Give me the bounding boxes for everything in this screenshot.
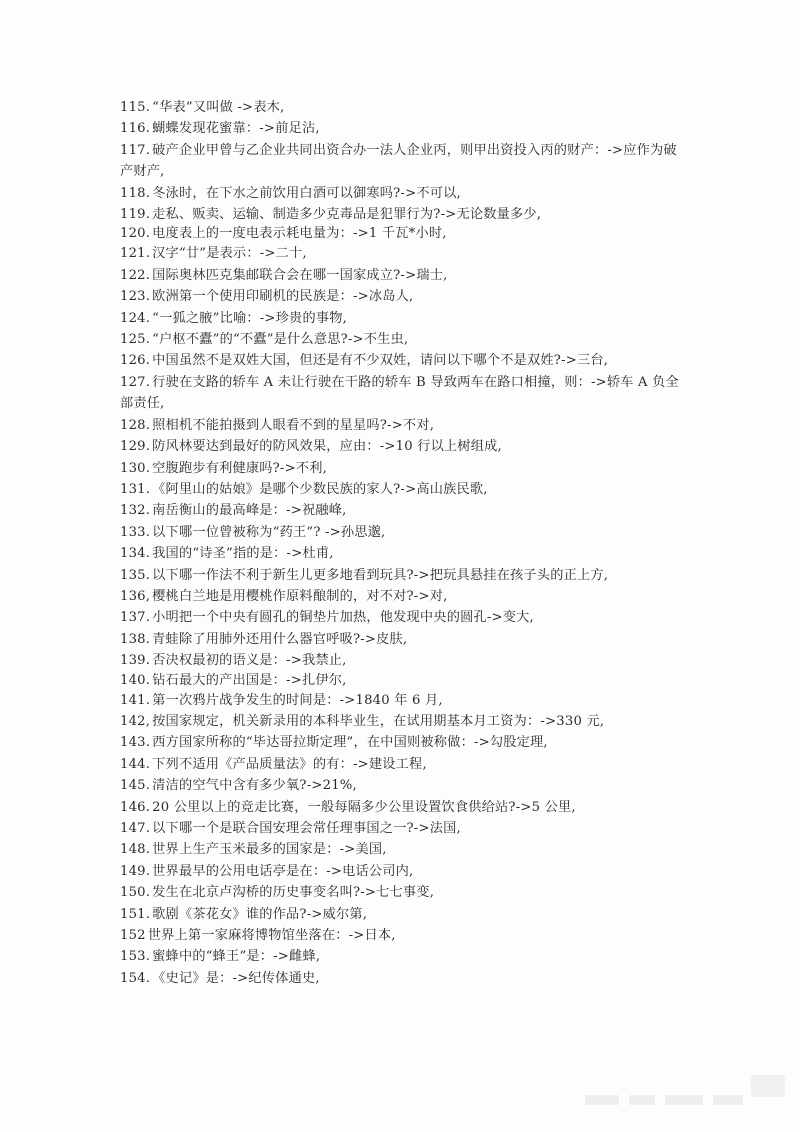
item-text: 汉字“廿”是表示：->二十, <box>152 246 307 261</box>
qa-item: 118.冬泳时，在下水之前饮用白酒可以御寒吗?->不可以, <box>120 183 690 204</box>
item-text: 20 公里以上的竞走比赛，一般每隔多少公里设置饮食供给站?->5 公里, <box>152 800 576 815</box>
item-text: 以下哪一作法不利于新生儿更多地看到玩具?->把玩具悬挂在孩子头的正上方, <box>152 568 608 583</box>
qa-item: 126.中国虽然不是双姓大国，但还是有不少双姓，请问以下哪个不是双姓?->三台, <box>120 350 690 371</box>
item-text: “一狐之腋”比喻：->珍贵的事物, <box>152 311 347 326</box>
item-number: 136, <box>120 589 150 604</box>
item-number: 152 <box>120 928 146 943</box>
item-text: 照相机不能拍摄到人眼看不到的星星吗?->不对, <box>152 418 434 433</box>
watermark-text-block <box>585 1095 619 1105</box>
item-number: 142, <box>120 714 150 729</box>
qa-item: 135.以下哪一作法不利于新生儿更多地看到玩具?->把玩具悬挂在孩子头的正上方, <box>120 565 690 586</box>
item-text: 南岳衡山的最高峰是：->祝融峰, <box>152 503 346 518</box>
qa-item: 130.空腹跑步有利健康吗?->不利, <box>120 458 690 479</box>
item-text: “户枢不蠹”的“不蠹”是什么意思?->不生虫, <box>152 332 408 347</box>
item-number: 144. <box>120 757 150 772</box>
item-number: 143. <box>120 735 150 750</box>
qa-item: 127.行驶在支路的轿车 A 未让行驶在干路的轿车 B 导致两车在路口相撞，则：… <box>120 372 690 415</box>
item-text: 防风林要达到最好的防风效果，应由：->10 行以上树组成, <box>152 439 502 454</box>
item-number: 151. <box>120 907 150 922</box>
qa-item: 143.西方国家所称的“毕达哥拉斯定理”，在中国则被称做：->勾股定理, <box>120 732 690 753</box>
item-number: 123. <box>120 289 150 304</box>
item-number: 126. <box>120 353 150 368</box>
item-number: 127. <box>120 375 150 390</box>
item-text: 世界上第一家麻将博物馆坐落在：->日本, <box>148 928 396 943</box>
item-text: 行驶在支路的轿车 A 未让行驶在干路的轿车 B 导致两车在路口相撞，则：->轿车… <box>120 375 679 411</box>
watermark <box>585 1085 785 1115</box>
item-number: 117. <box>120 143 150 158</box>
item-number: 122. <box>120 268 150 283</box>
item-number: 153. <box>120 949 150 964</box>
qa-item: 117.破产企业甲曾与乙企业共同出资合办一法人企业丙，则甲出资投入丙的财产：->… <box>120 140 690 183</box>
item-text: 中国虽然不是双姓大国，但还是有不少双姓，请问以下哪个不是双姓?->三台, <box>152 353 608 368</box>
item-number: 137. <box>120 610 150 625</box>
item-number: 154. <box>120 971 150 986</box>
item-text: 空腹跑步有利健康吗?->不利, <box>152 461 327 476</box>
item-number: 116. <box>120 121 150 136</box>
item-number: 149. <box>120 864 150 879</box>
item-number: 135. <box>120 568 150 583</box>
qa-item: 136,樱桃白兰地是用樱桃作原料酿制的，对不对?->对, <box>120 586 690 607</box>
qa-item: 122.国际奥林匹克集邮联合会在哪一国家成立?->瑞士, <box>120 265 690 286</box>
item-number: 148. <box>120 842 150 857</box>
qa-item: 123.欧洲第一个使用印刷机的民族是：->冰岛人, <box>120 286 690 307</box>
qa-item: 121.汉字“廿”是表示：->二十, <box>120 243 690 264</box>
item-text: 樱桃白兰地是用樱桃作原料酿制的，对不对?->对, <box>152 589 447 604</box>
item-number: 115. <box>120 100 150 115</box>
qa-item: 153.蜜蜂中的“蜂王”是：->雌蜂, <box>120 946 690 967</box>
item-number: 125. <box>120 332 150 347</box>
qa-item: 119.走私、贩卖、运输、制造多少克毒品是犯罪行为?->无论数量多少, <box>120 204 690 225</box>
qa-item: 129.防风林要达到最好的防风效果，应由：->10 行以上树组成, <box>120 436 690 457</box>
item-text: 走私、贩卖、运输、制造多少克毒品是犯罪行为?->无论数量多少, <box>152 207 541 222</box>
item-number: 124. <box>120 311 150 326</box>
item-text: 西方国家所称的“毕达哥拉斯定理”，在中国则被称做：->勾股定理, <box>152 735 548 750</box>
item-text: 《阿里山的姑娘》是哪个少数民族的家人?->高山族民歌, <box>152 482 487 497</box>
item-text: 《史记》是：->纪传体通史, <box>152 971 320 986</box>
watermark-text-block <box>629 1095 655 1105</box>
qa-item: 144.下列不适用《产品质量法》的有：->建设工程, <box>120 754 690 775</box>
qa-item: 134.我国的“诗圣”指的是：->杜甫, <box>120 543 690 564</box>
item-text: 电度表上的一度电表示耗电量为：->1 千瓦*小时, <box>152 226 446 241</box>
item-number: 129. <box>120 439 150 454</box>
qa-item: 145.清洁的空气中含有多少氧?->21%, <box>120 775 690 796</box>
qa-item: 148.世界上生产玉米最多的国家是：->美国, <box>120 839 690 860</box>
qa-item: 138.青蛙除了用肺外还用什么器官呼吸?->皮肤, <box>120 629 690 650</box>
item-text: 以下哪一个是联合国安理会常任理事国之一?->法国, <box>152 821 461 836</box>
watermark-text-block <box>665 1095 703 1105</box>
item-text: 青蛙除了用肺外还用什么器官呼吸?->皮肤, <box>152 632 407 647</box>
item-number: 133. <box>120 525 150 540</box>
qa-item: 124.“一狐之腋”比喻：->珍贵的事物, <box>120 308 690 329</box>
item-text: 否决权最初的语义是：->我禁止, <box>152 653 346 668</box>
watermark-logo-icon <box>751 1075 785 1097</box>
qa-item: 125.“户枢不蠹”的“不蠹”是什么意思?->不生虫, <box>120 329 690 350</box>
item-text: 发生在北京卢沟桥的历史事变名叫?->七七事变, <box>152 885 434 900</box>
item-text: 清洁的空气中含有多少氧?->21%, <box>152 778 357 793</box>
item-text: 蜜蜂中的“蜂王”是：->雌蜂, <box>152 949 320 964</box>
item-text: 按国家规定，机关新录用的本科毕业生，在试用期基本月工资为：->330 元, <box>152 714 604 729</box>
qa-item: 131.《阿里山的姑娘》是哪个少数民族的家人?->高山族民歌, <box>120 479 690 500</box>
item-text: 破产企业甲曾与乙企业共同出资合办一法人企业丙，则甲出资投入丙的财产：->应作为破… <box>120 143 677 179</box>
qa-item: 142,按国家规定，机关新录用的本科毕业生，在试用期基本月工资为：->330 元… <box>120 711 690 732</box>
item-number: 120. <box>120 226 150 241</box>
watermark-text-block <box>713 1095 743 1105</box>
item-number: 130. <box>120 461 150 476</box>
qa-item: 116.蝴蝶发现花蜜靠：->前足沾, <box>120 118 690 139</box>
item-number: 145. <box>120 778 150 793</box>
qa-list: 115.“华表”又叫做 ->表木, 116.蝴蝶发现花蜜靠：->前足沾, 117… <box>120 97 690 989</box>
item-text: 以下哪一位曾被称为“药王”? ->孙思邈, <box>152 525 385 540</box>
item-text: 冬泳时，在下水之前饮用白酒可以御寒吗?->不可以, <box>152 186 461 201</box>
item-number: 141. <box>120 693 150 708</box>
item-text: 小明把一个中央有圆孔的铜垫片加热，他发现中央的圆孔->变大, <box>152 610 534 625</box>
item-text: 蝴蝶发现花蜜靠：->前足沾, <box>152 121 320 136</box>
qa-item: 151.歌剧《茶花女》谁的作品?->威尔第, <box>120 904 690 925</box>
item-text: 第一次鸦片战争发生的时间是：->1840 年 6 月, <box>152 693 443 708</box>
item-text: 下列不适用《产品质量法》的有：->建设工程, <box>152 757 427 772</box>
item-text: 歌剧《茶花女》谁的作品?->威尔第, <box>152 907 367 922</box>
qa-item: 139.否决权最初的语义是：->我禁止, <box>120 650 690 671</box>
item-text: 国际奥林匹克集邮联合会在哪一国家成立?->瑞士, <box>152 268 447 283</box>
item-number: 118. <box>120 186 150 201</box>
qa-item: 152世界上第一家麻将博物馆坐落在：->日本, <box>120 925 690 946</box>
qa-item: 149.世界最早的公用电话亭是在：->电话公司内, <box>120 861 690 882</box>
item-text: 我国的“诗圣”指的是：->杜甫, <box>152 546 333 561</box>
qa-item: 141.第一次鸦片战争发生的时间是：->1840 年 6 月, <box>120 690 690 711</box>
item-number: 146. <box>120 800 150 815</box>
item-number: 134. <box>120 546 150 561</box>
qa-item: 128.照相机不能拍摄到人眼看不到的星星吗?->不对, <box>120 415 690 436</box>
qa-item: 154.《史记》是：->纪传体通史, <box>120 968 690 989</box>
item-number: 132. <box>120 503 150 518</box>
document-page: 115.“华表”又叫做 ->表木, 116.蝴蝶发现花蜜靠：->前足沾, 117… <box>0 0 800 1132</box>
item-number: 131. <box>120 482 150 497</box>
item-number: 128. <box>120 418 150 433</box>
qa-item: 150.发生在北京卢沟桥的历史事变名叫?->七七事变, <box>120 882 690 903</box>
qa-item: 115.“华表”又叫做 ->表木, <box>120 97 690 118</box>
item-number: 121. <box>120 246 150 261</box>
item-number: 119. <box>120 207 150 222</box>
qa-item: 132.南岳衡山的最高峰是：->祝融峰, <box>120 500 690 521</box>
qa-item: 147.以下哪一个是联合国安理会常任理事国之一?->法国, <box>120 818 690 839</box>
item-number: 147. <box>120 821 150 836</box>
item-number: 139. <box>120 653 150 668</box>
qa-item: 140.钻石最大的产出国是：->扎伊尔, <box>120 672 690 690</box>
qa-item: 137.小明把一个中央有圆孔的铜垫片加热，他发现中央的圆孔->变大, <box>120 607 690 628</box>
item-number: 140. <box>120 673 150 688</box>
item-text: 钻石最大的产出国是：->扎伊尔, <box>152 673 346 688</box>
item-number: 138. <box>120 632 150 647</box>
item-text: 世界最早的公用电话亭是在：->电话公司内, <box>152 864 413 879</box>
qa-item: 133.以下哪一位曾被称为“药王”? ->孙思邈, <box>120 522 690 543</box>
qa-item: 120.电度表上的一度电表示耗电量为：->1 千瓦*小时, <box>120 225 690 243</box>
item-text: “华表”又叫做 ->表木, <box>152 100 284 115</box>
item-text: 世界上生产玉米最多的国家是：->美国, <box>152 842 387 857</box>
item-number: 150. <box>120 885 150 900</box>
qa-item: 146.20 公里以上的竞走比赛，一般每隔多少公里设置饮食供给站?->5 公里, <box>120 797 690 818</box>
item-text: 欧洲第一个使用印刷机的民族是：->冰岛人, <box>152 289 413 304</box>
